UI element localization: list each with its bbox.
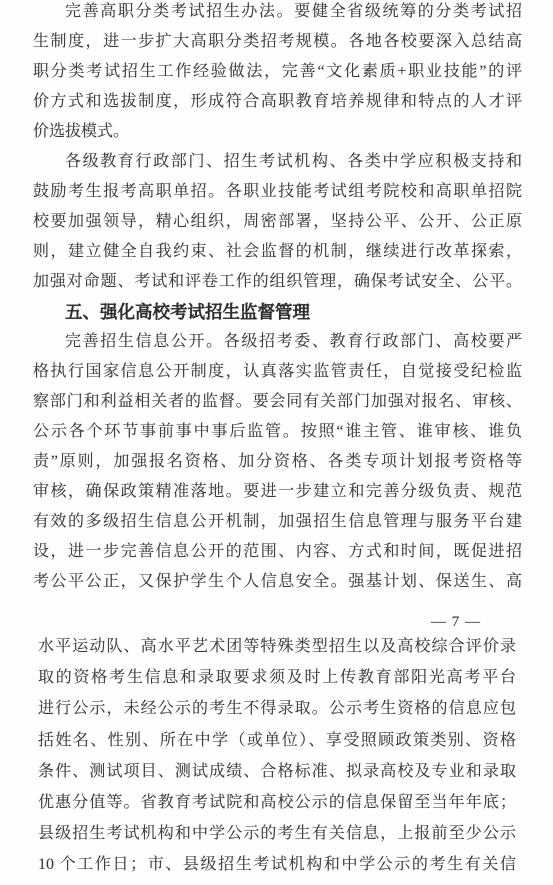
text-line: 加强对命题、考试和评卷工作的组织管理，确保考试安全、公平。 — [33, 267, 522, 297]
text-line: 完善招生信息公开。各级招考委、教育行政部门、高校要严 — [33, 327, 522, 357]
text-line: 生制度，进一步扩大高职分类招考规模。各地各校要深入总结高 — [33, 27, 522, 57]
scanned-document-page: 完善高职分类考试招生办法。要健全省级统筹的分类考试招 生制度，进一步扩大高职分类… — [0, 0, 553, 885]
text-line: 县级招生考试机构和中学公示的考生有关信息，上报前至少公示 — [38, 818, 516, 849]
text-line: 鼓励考生报考高职单招。各职业技能考试组考院校和高职单招院 — [33, 177, 522, 207]
text-line: 公示各个环节事前事中事后监管。按照“谁主管、谁审核、谁负 — [33, 417, 522, 447]
text-line: 校要加强领导，精心组织，周密部署，坚持公平、公开、公正原 — [33, 207, 522, 237]
text-line: 价选拔模式。 — [33, 117, 522, 147]
text-line: 审核，确保政策精准落地。要进一步建立和完善分级负责、规范 — [33, 477, 522, 507]
text-line: 价方式和选拔制度，形成符合高职教育培养规律和特点的人才评 — [33, 87, 522, 117]
text-line: 完善高职分类考试招生办法。要健全省级统筹的分类考试招 — [33, 0, 522, 27]
text-line: 进行公示，未经公示的考生不得录取。公示考生资格的信息应包 — [38, 693, 516, 724]
text-line: 察部门和利益相关者的监督。要会同有关部门加强对报名、审核、 — [33, 387, 522, 417]
text-line: 取的资格考生信息和录取要求须及时上传教育部阳光高考平台 — [38, 662, 516, 693]
section-heading: 五、强化高校考试招生监督管理 — [33, 297, 522, 327]
text-line: 水平运动队、高水平艺术团等特殊类型招生以及高校综合评价录 — [38, 631, 516, 662]
text-line: 则，建立健全自我约束、社会监督的机制，继续进行改革探索， — [33, 237, 522, 267]
text-line: 职分类考试招生工作经验做法，完善“文化素质+职业技能”的评 — [33, 57, 522, 87]
text-line: 条件、测试项目、测试成绩、合格标准、拟录高校及专业和录取 — [38, 756, 516, 787]
text-line: 考公平公正，又保护学生个人信息安全。强基计划、保送生、高 — [33, 567, 522, 597]
text-line: 各级教育行政部门、招生考试机构、各类中学应积极支持和 — [33, 147, 522, 177]
page7-text-block: 完善高职分类考试招生办法。要健全省级统筹的分类考试招 生制度，进一步扩大高职分类… — [33, 0, 522, 597]
text-line: 有效的多级招生信息公开机制，加强招生信息管理与服务平台建 — [33, 507, 522, 537]
text-line: 10 个工作日；市、县级招生考试机构和中学公示的考生有关信 — [38, 849, 516, 880]
text-line: 优惠分值等。省教育考试院和高校公示的信息保留至当年年底； — [38, 787, 516, 818]
page8-text-block: 水平运动队、高水平艺术团等特殊类型招生以及高校综合评价录 取的资格考生信息和录取… — [38, 631, 516, 881]
text-line: 括姓名、性别、所在中学（或单位）、享受照顾政策类别、资格 — [38, 725, 516, 756]
text-line: 责”原则，加强报名资格、加分资格、各类专项计划报考资格等 — [33, 447, 522, 477]
text-line: 格执行国家信息公开制度，认真落实监管责任，自觉接受纪检监 — [33, 357, 522, 387]
text-line: 设，进一步完善信息公开的范围、内容、方式和时间，既促进招 — [33, 537, 522, 567]
